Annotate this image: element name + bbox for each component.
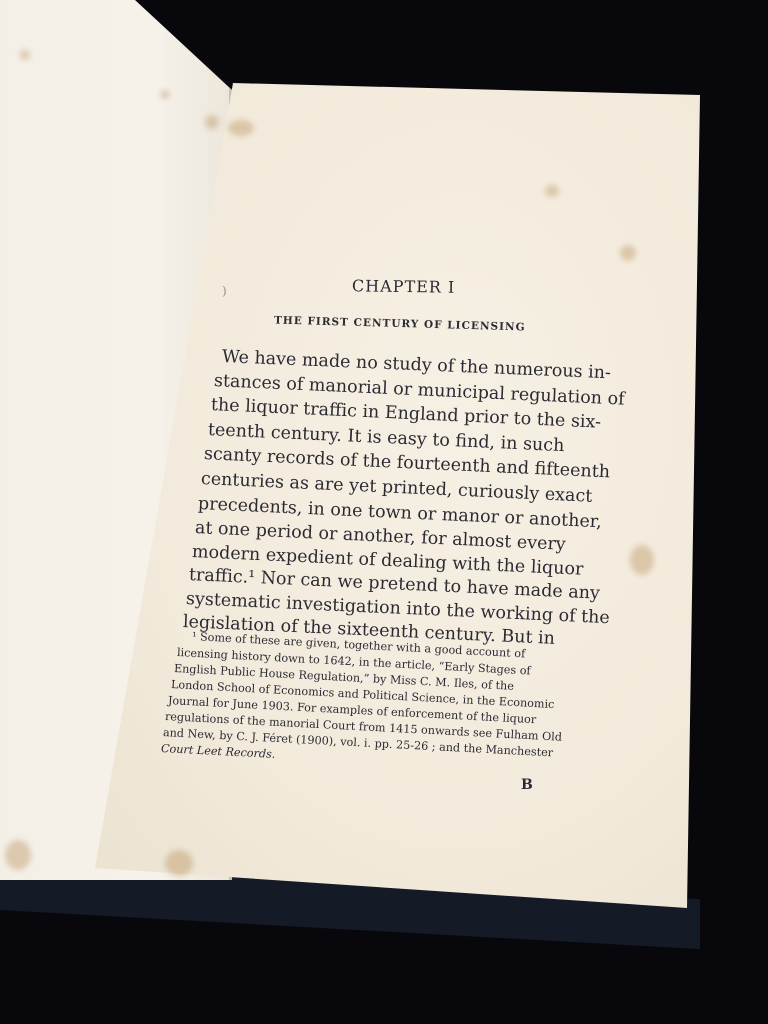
chapter-title: THE FIRST CENTURY OF LICENSING: [274, 314, 526, 333]
photo-scene: ) CHAPTER I THE FIRST CENTURY OF LICENSI…: [0, 0, 768, 1024]
margin-mark: ): [222, 284, 227, 298]
chapter-heading: CHAPTER I: [352, 276, 456, 296]
footnote-line: Court Leet Records.: [161, 742, 276, 761]
signature-mark: B: [521, 777, 533, 793]
page-text: ) CHAPTER I THE FIRST CENTURY OF LICENSI…: [0, 0, 768, 1024]
